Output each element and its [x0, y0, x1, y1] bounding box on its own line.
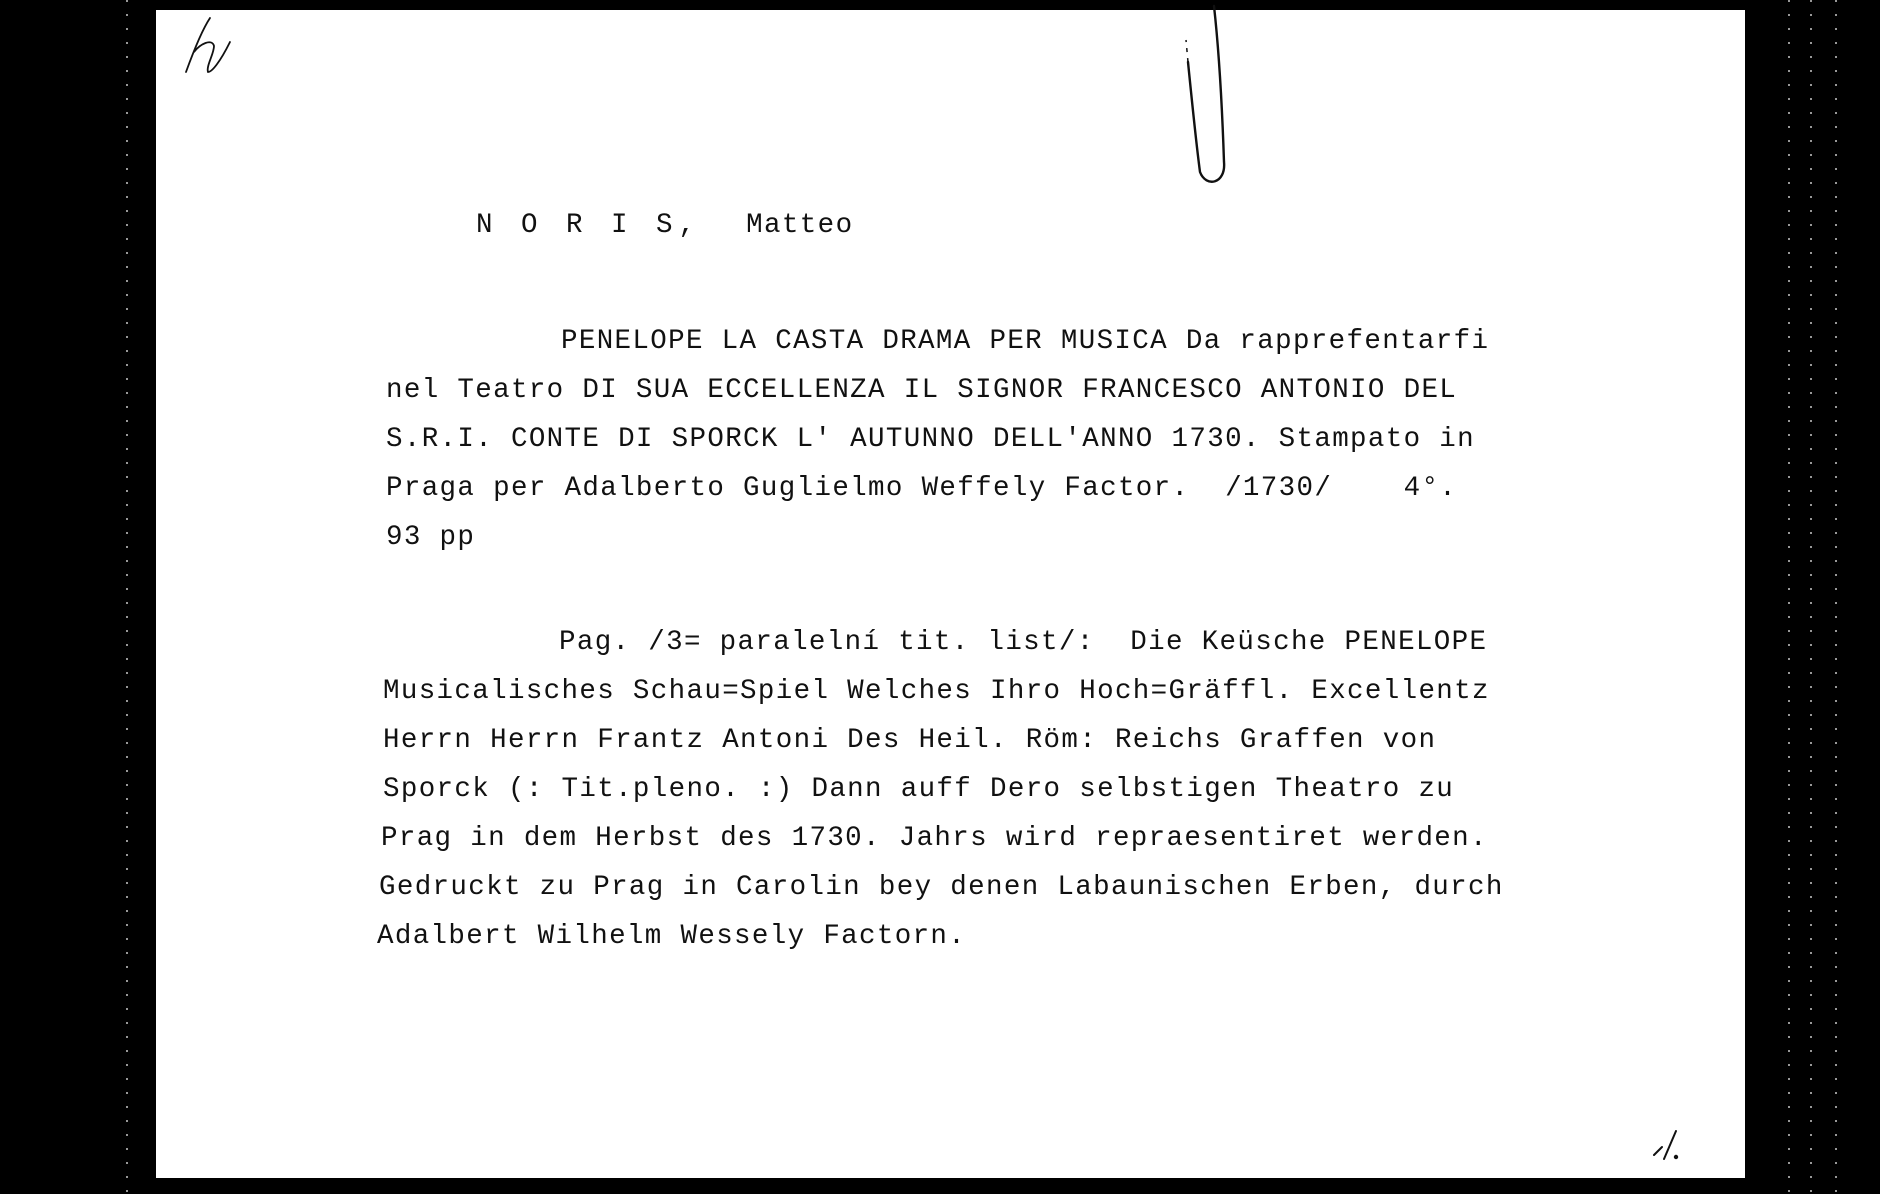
text-line: Gedruckt zu Prag in Carolin bey denen La… [379, 872, 1504, 903]
scan-artifact-line [1810, 0, 1812, 1194]
paperclip-icon [1176, 2, 1236, 202]
text-line: Musicalisches Schau=Spiel Welches Ihro H… [383, 676, 1490, 707]
scan-artifact-line [1788, 0, 1790, 1194]
catalog-card: h N O R I S, Matteo PENELOPE LA CASTA DR… [156, 10, 1745, 1178]
text-line: Praga per Adalberto Guglielmo Weffely Fa… [386, 473, 1457, 504]
text-line: 93 pp [386, 522, 475, 553]
author-heading: N O R I S, Matteo [386, 184, 853, 267]
text-line: Sporck (: Tit.pleno. :) Dann auff Dero s… [383, 774, 1454, 805]
handwritten-h-mark [180, 16, 240, 76]
text-line: Prag in dem Herbst des 1730. Jahrs wird … [381, 823, 1488, 854]
text-line: PENELOPE LA CASTA DRAMA PER MUSICA Da ra… [561, 326, 1489, 357]
text-line: nel Teatro DI SUA ECCELLENZA IL SIGNOR F… [386, 375, 1457, 406]
handwritten-page-number [1652, 1127, 1692, 1167]
scan-artifact-line [126, 0, 128, 1194]
text-line: Adalbert Wilhelm Wessely Factorn. [377, 921, 966, 952]
scan-artifact-line [1835, 0, 1837, 1194]
text-line: S.R.I. CONTE DI SPORCK L' AUTUNNO DELL'A… [386, 424, 1475, 455]
text-line: Herrn Herrn Frantz Antoni Des Heil. Röm:… [383, 725, 1436, 756]
text-line: Pag. /3= paralelní tit. list/: Die Keüsc… [559, 627, 1487, 658]
author-surname: N O R I S, [476, 210, 701, 241]
author-given-name: Matteo [746, 210, 853, 241]
